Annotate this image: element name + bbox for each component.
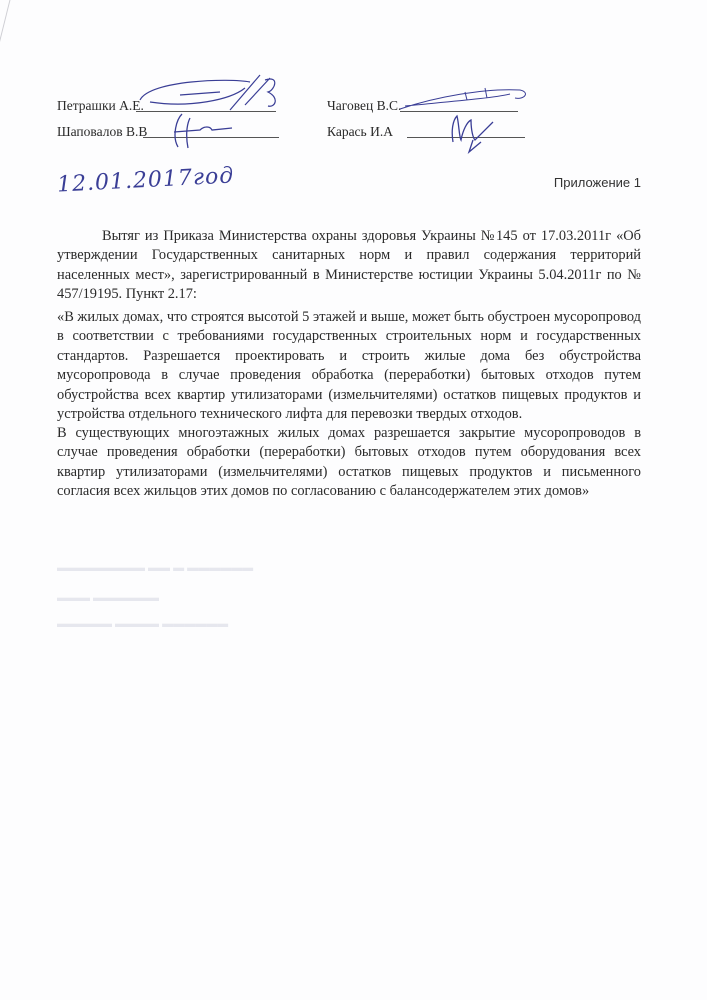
bleed-through-text: ▬▬▬▬▬ ▬▬▬▬ ▬▬▬▬▬▬ xyxy=(57,618,228,630)
document-page: ▬▬▬▬▬▬▬▬ ▬▬ ▬ ▬▬▬▬▬▬ ▬▬▬ ▬▬▬▬▬▬ ▬▬▬▬▬ ▬▬… xyxy=(0,0,707,1000)
appendix-label: Приложение 1 xyxy=(554,175,641,190)
page-edge-mark xyxy=(0,0,10,60)
signatory-name: Шаповалов В.В xyxy=(57,124,147,140)
signatory-name: Карась И.А xyxy=(327,124,393,140)
signatory-name: Чаговец В.С. xyxy=(327,98,401,114)
quote-paragraph-1: «В жилых домах, что строятся высотой 5 э… xyxy=(57,308,641,424)
signature-scribble xyxy=(395,82,535,112)
handwritten-date: 12.01.2017год xyxy=(56,163,234,197)
bleed-through-text: ▬▬▬▬▬▬▬▬ ▬▬ ▬ ▬▬▬▬▬▬ xyxy=(57,562,253,574)
intro-paragraph: Вытяг из Приказа Министерства охраны здо… xyxy=(57,227,641,305)
signature-scribble xyxy=(160,112,240,152)
bleed-through-text: ▬▬▬ ▬▬▬▬▬▬ xyxy=(57,592,159,604)
quote-paragraph-2: В существующих многоэтажных жилых домах … xyxy=(57,424,641,502)
signature-scribble xyxy=(445,110,505,155)
